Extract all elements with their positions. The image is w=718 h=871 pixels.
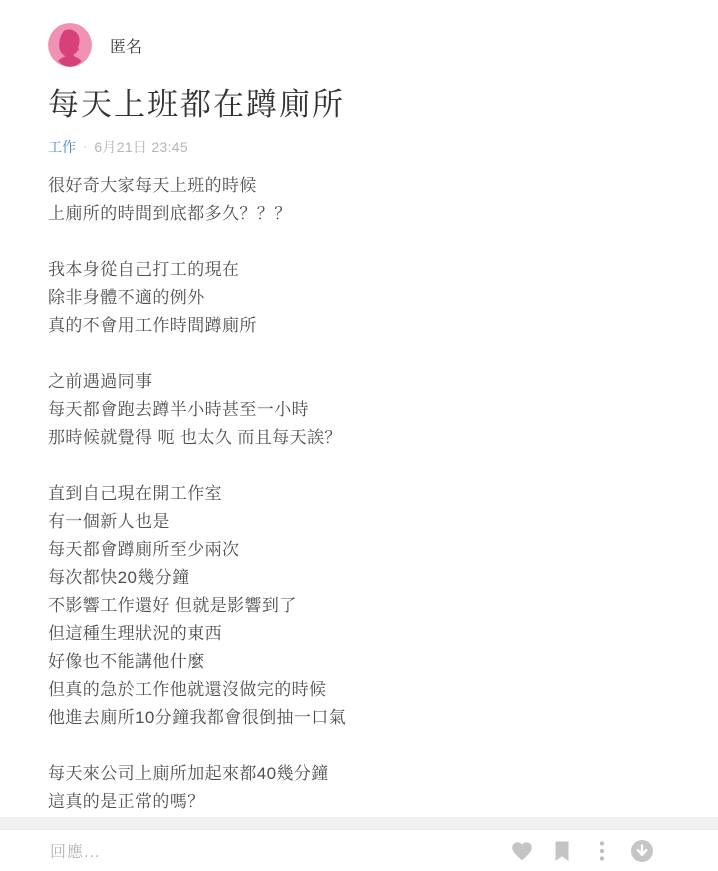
heart-icon: [510, 839, 534, 863]
post-page: 匿名 每天上班都在蹲廁所 工作 · 6月21日 23:45 很好奇大家每天上班的…: [0, 0, 718, 871]
post-title: 每天上班都在蹲廁所: [48, 88, 670, 122]
download-icon: [630, 839, 654, 863]
timestamp: 6月21日 23:45: [94, 137, 188, 157]
paragraph: 直到自己現在開工作室 有一個新人也是 每天都會蹲廁所至少兩次 每次都快20幾分鐘…: [48, 480, 670, 732]
bookmark-icon: [550, 839, 574, 863]
action-icons: [510, 839, 654, 863]
paragraph: 每天來公司上廁所加起來都40幾分鐘 這真的是正常的嗎？: [48, 760, 670, 816]
paragraph: 我本身從自己打工的現在 除非身體不適的例外 真的不會用工作時間蹲廁所: [48, 256, 670, 340]
comment-bar: 回應...: [0, 830, 718, 871]
author-name: 匿名: [110, 34, 142, 57]
page-background-strip: [0, 817, 718, 830]
avatar: [48, 23, 92, 67]
comment-input[interactable]: 回應...: [50, 839, 510, 862]
forum-link[interactable]: 工作: [48, 137, 76, 157]
post-meta: 工作 · 6月21日 23:45: [48, 137, 670, 157]
kebab-menu-icon: [590, 839, 614, 863]
post-body: 很好奇大家每天上班的時候 上廁所的時間到底都多久？？？我本身從自己打工的現在 除…: [48, 172, 670, 816]
download-button[interactable]: [630, 839, 654, 863]
meta-separator: ·: [83, 137, 87, 157]
female-silhouette-icon: [48, 23, 92, 67]
author-row[interactable]: 匿名: [48, 23, 670, 67]
post-card: 匿名 每天上班都在蹲廁所 工作 · 6月21日 23:45 很好奇大家每天上班的…: [0, 0, 718, 816]
like-button[interactable]: [510, 839, 534, 863]
paragraph: 之前遇過同事 每天都會跑去蹲半小時甚至一小時 那時候就覺得 呃 也太久 而且每天…: [48, 368, 670, 452]
paragraph: 很好奇大家每天上班的時候 上廁所的時間到底都多久？？？: [48, 172, 670, 228]
more-options-button[interactable]: [590, 839, 614, 863]
bookmark-button[interactable]: [550, 839, 574, 863]
